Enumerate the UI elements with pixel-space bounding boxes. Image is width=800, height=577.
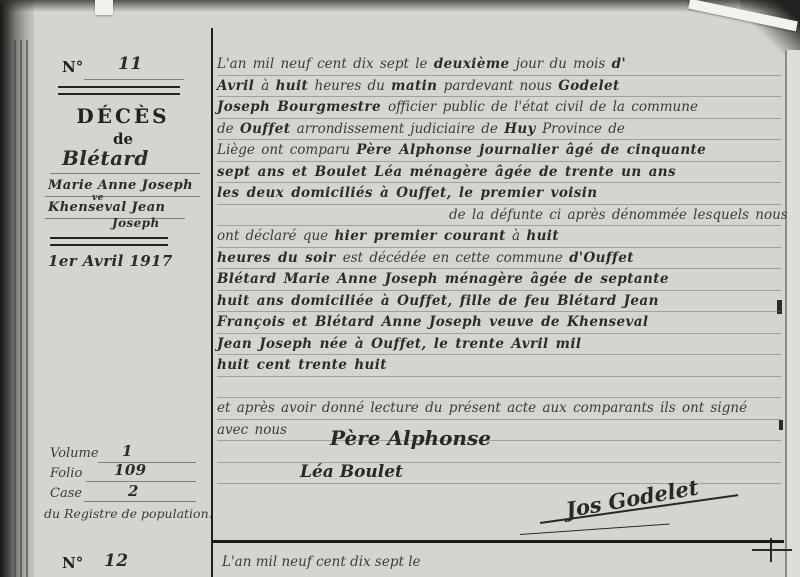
margin-double-rule — [50, 237, 168, 246]
printed-text: L'an mil neuf cent dix sept le — [217, 56, 434, 72]
act-line — [217, 377, 781, 399]
printed-text: Liège ont comparu — [217, 142, 356, 158]
act-line: Avril à huit heures du matin pardevant n… — [217, 76, 781, 98]
page-edge-line — [14, 40, 16, 577]
scan-top-shadow — [0, 0, 800, 12]
handwritten-text: hier premier courant — [334, 228, 505, 244]
printed-text: ont déclaré que — [217, 228, 334, 244]
act-line: François et Blétard Anne Joseph veuve de… — [217, 312, 781, 334]
fold-mark — [752, 549, 792, 551]
spouse-name-2: Joseph — [112, 216, 160, 230]
handwritten-text: huit — [276, 78, 309, 94]
page-edge-line — [20, 40, 22, 577]
folio-value: 109 — [114, 461, 147, 479]
printed-text: jour du mois — [510, 56, 612, 72]
act-line: sept ans et Boulet Léa ménagère âgée de … — [217, 162, 781, 184]
margin-underline — [50, 173, 200, 174]
page-tab — [95, 0, 113, 15]
act-line: Jean Joseph née à Ouffet, le trente Avri… — [217, 334, 781, 356]
record-number-label: N° — [62, 58, 83, 76]
margin-underline — [86, 481, 196, 482]
handwritten-text: les deux domiciliés à Ouffet, le premier… — [217, 185, 598, 201]
register-note: du Registre de population. — [44, 506, 213, 521]
handwritten-text: sept ans et Boulet Léa ménagère âgée de … — [217, 164, 676, 180]
handwritten-text: huit cent trente huit — [217, 357, 387, 373]
act-line: heures du soir est décédée en cette comm… — [217, 248, 781, 270]
act-line — [217, 441, 781, 463]
margin-double-rule — [58, 86, 180, 95]
handwritten-text: Ouffet — [240, 121, 290, 137]
margin-underline — [84, 79, 184, 80]
act-line: huit cent trente huit — [217, 355, 781, 377]
adjacent-page-edge — [787, 50, 800, 577]
printed-text: pardevant nous — [437, 78, 558, 94]
printed-text: à — [261, 78, 275, 94]
handwritten-text: matin — [391, 78, 437, 94]
handwritten-text: d' — [612, 56, 626, 72]
handwritten-text: huit — [526, 228, 559, 244]
folio-label: Folio — [50, 466, 82, 481]
act-line: L'an mil neuf cent dix sept le deuxième … — [217, 54, 781, 76]
scanned-register-page: N° 11 DÉCÈS de Blétard Marie Anne Joseph… — [0, 0, 800, 577]
margin-divider-rule — [211, 28, 213, 577]
printed-text: avec nous — [217, 422, 287, 438]
case-label: Case — [50, 486, 82, 501]
printed-text: est décédée en cette commune — [343, 250, 569, 266]
margin-underline — [84, 501, 196, 502]
printed-text: et après avoir donné lecture du présent … — [217, 400, 747, 416]
printed-text: heures du — [308, 78, 391, 94]
page-edge-line — [26, 40, 28, 577]
printed-text: de la défunte ci après dénommée lesquels… — [449, 207, 788, 223]
printed-text: Province de — [536, 121, 625, 137]
handwritten-text: d'Ouffet — [569, 250, 634, 266]
handwritten-text: Avril — [217, 78, 261, 94]
act-line: ont déclaré que hier premier courant à h… — [217, 226, 781, 248]
act-line: Liège ont comparu Père Alphonse journali… — [217, 140, 781, 162]
next-record-first-line: L'an mil neuf cent dix sept le — [222, 554, 421, 570]
handwritten-text: Huy — [504, 121, 536, 137]
act-closing-line: et après avoir donné lecture du présent … — [217, 398, 781, 420]
deceased-firstnames: Marie Anne Joseph — [48, 178, 193, 193]
handwritten-text: Jean Joseph née à Ouffet, le trente Avri… — [217, 336, 581, 352]
act-line: de Ouffet arrondissement judiciaire de H… — [217, 119, 781, 141]
signature-flourish — [520, 524, 670, 535]
printed-text: à — [506, 228, 527, 244]
handwritten-text: Blétard Marie Anne Joseph ménagère âgée … — [217, 271, 669, 287]
margin-underline — [98, 462, 196, 463]
spouse-name: Khenseval Jean — [48, 200, 165, 215]
record-separator-rule — [212, 540, 784, 543]
handwritten-text: François et Blétard Anne Joseph veuve de… — [217, 314, 648, 330]
act-line: de la défunte ci après dénommée lesquels… — [217, 205, 781, 227]
volume-value: 1 — [122, 442, 133, 460]
act-line: huit ans domiciliée à Ouffet, fille de f… — [217, 291, 781, 313]
handwritten-text: Joseph Bourgmestre — [217, 99, 388, 115]
signature-declarant-1: Père Alphonse — [330, 426, 491, 450]
signature-declarant-2: Léa Boulet — [300, 462, 403, 482]
record-number-value: 11 — [118, 54, 142, 74]
margin-underline — [45, 196, 200, 197]
deceased-surname: Blétard — [62, 146, 149, 170]
next-record-number-label: N° — [62, 554, 83, 572]
deces-heading: DÉCÈS — [35, 104, 211, 128]
handwritten-text: huit ans domiciliée à Ouffet, fille de f… — [217, 293, 659, 309]
act-line: Joseph Bourgmestre officier public de l'… — [217, 97, 781, 119]
next-record-number-value: 12 — [104, 551, 128, 571]
handwritten-text: heures du soir — [217, 250, 343, 266]
act-line: les deux domiciliés à Ouffet, le premier… — [217, 183, 781, 205]
case-value: 2 — [128, 482, 139, 500]
act-line: Blétard Marie Anne Joseph ménagère âgée … — [217, 269, 781, 291]
handwritten-text: Père Alphonse journalier âgé de cinquant… — [356, 142, 706, 158]
act-text-body: L'an mil neuf cent dix sept le deuxième … — [217, 54, 781, 484]
volume-label: Volume — [50, 446, 99, 461]
handwritten-text: Godelet — [558, 78, 619, 94]
printed-text: arrondissement judiciaire de — [290, 121, 504, 137]
death-date: 1er Avril 1917 — [48, 252, 173, 270]
book-binding-edge — [0, 0, 34, 577]
handwritten-text: deuxième — [434, 56, 510, 72]
printed-text: de — [217, 121, 240, 137]
printed-text: officier public de l'état civil de la co… — [388, 99, 698, 115]
act-closing-line: avec nous — [217, 420, 781, 442]
